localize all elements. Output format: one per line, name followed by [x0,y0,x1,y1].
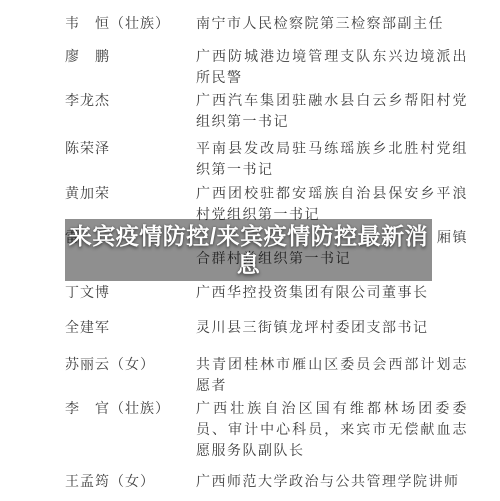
person-name: 王孟筠（女） [65,472,196,493]
person-duty: 共青团桂林市雁山区委员会西部计划志愿者 [196,355,468,397]
table-row: 陈荣泽 平南县发改局驻马练瑶族乡北胜村党组织第一书记 [65,139,485,181]
table-row: 丁文博 广西华控投资集团有限公司董事长 [65,283,485,304]
person-duty: 广西华控投资集团有限公司董事长 [196,283,468,304]
person-name: 韦 恒（壮族） [65,14,196,35]
table-row: 李龙杰 广西汽车集团驻融水县白云乡帮阳村党组织第一书记 [65,91,485,133]
person-duty: 广西防城港边境管理支队东兴边境派出所民警 [196,47,468,89]
person-name: 陈荣泽 [65,139,196,160]
person-name: 李 官（壮族） [65,399,196,420]
person-name: 全建军 [65,318,196,339]
table-row: 李 官（壮族） 广西壮族自治区国有维都林场团委委员、审计中心科员，来宾市无偿献血… [65,399,485,462]
table-row: 全建军 灵川县三街镇龙坪村委团支部书记 [65,318,485,339]
person-name: 李龙杰 [65,91,196,112]
headline-title: 来宾疫情防控/来宾疫情防控最新消息 [65,222,432,278]
person-name: 丁文博 [65,283,196,304]
table-row: 韦 恒（壮族） 南宁市人民检察院第三检察部副主任 [65,14,485,35]
person-duty: 灵川县三街镇龙坪村委团支部书记 [196,318,468,339]
person-name: 苏丽云（女） [65,355,196,376]
table-row: 廖 鹏 广西防城港边境管理支队东兴边境派出所民警 [65,47,485,89]
person-name: 廖 鹏 [65,47,196,68]
person-duty: 广西师范大学政治与公共管理学院讲师 [196,472,468,493]
person-name: 黄加荣 [65,184,196,205]
person-duty: 广西汽车集团驻融水县白云乡帮阳村党组织第一书记 [196,91,468,133]
person-duty: 南宁市人民检察院第三检察部副主任 [196,14,468,35]
headline-banner: 来宾疫情防控/来宾疫情防控最新消息 [65,219,432,281]
person-duty: 平南县发改局驻马练瑶族乡北胜村党组织第一书记 [196,139,468,181]
document-page: 韦 恒（壮族） 南宁市人民检察院第三检察部副主任 廖 鹏 广西防城港边境管理支队… [0,0,500,501]
person-duty: 广西壮族自治区国有维都林场团委委员、审计中心科员，来宾市无偿献血志愿服务队副队长 [196,399,468,462]
table-row: 苏丽云（女） 共青团桂林市雁山区委员会西部计划志愿者 [65,355,485,397]
table-row: 王孟筠（女） 广西师范大学政治与公共管理学院讲师 [65,472,485,493]
